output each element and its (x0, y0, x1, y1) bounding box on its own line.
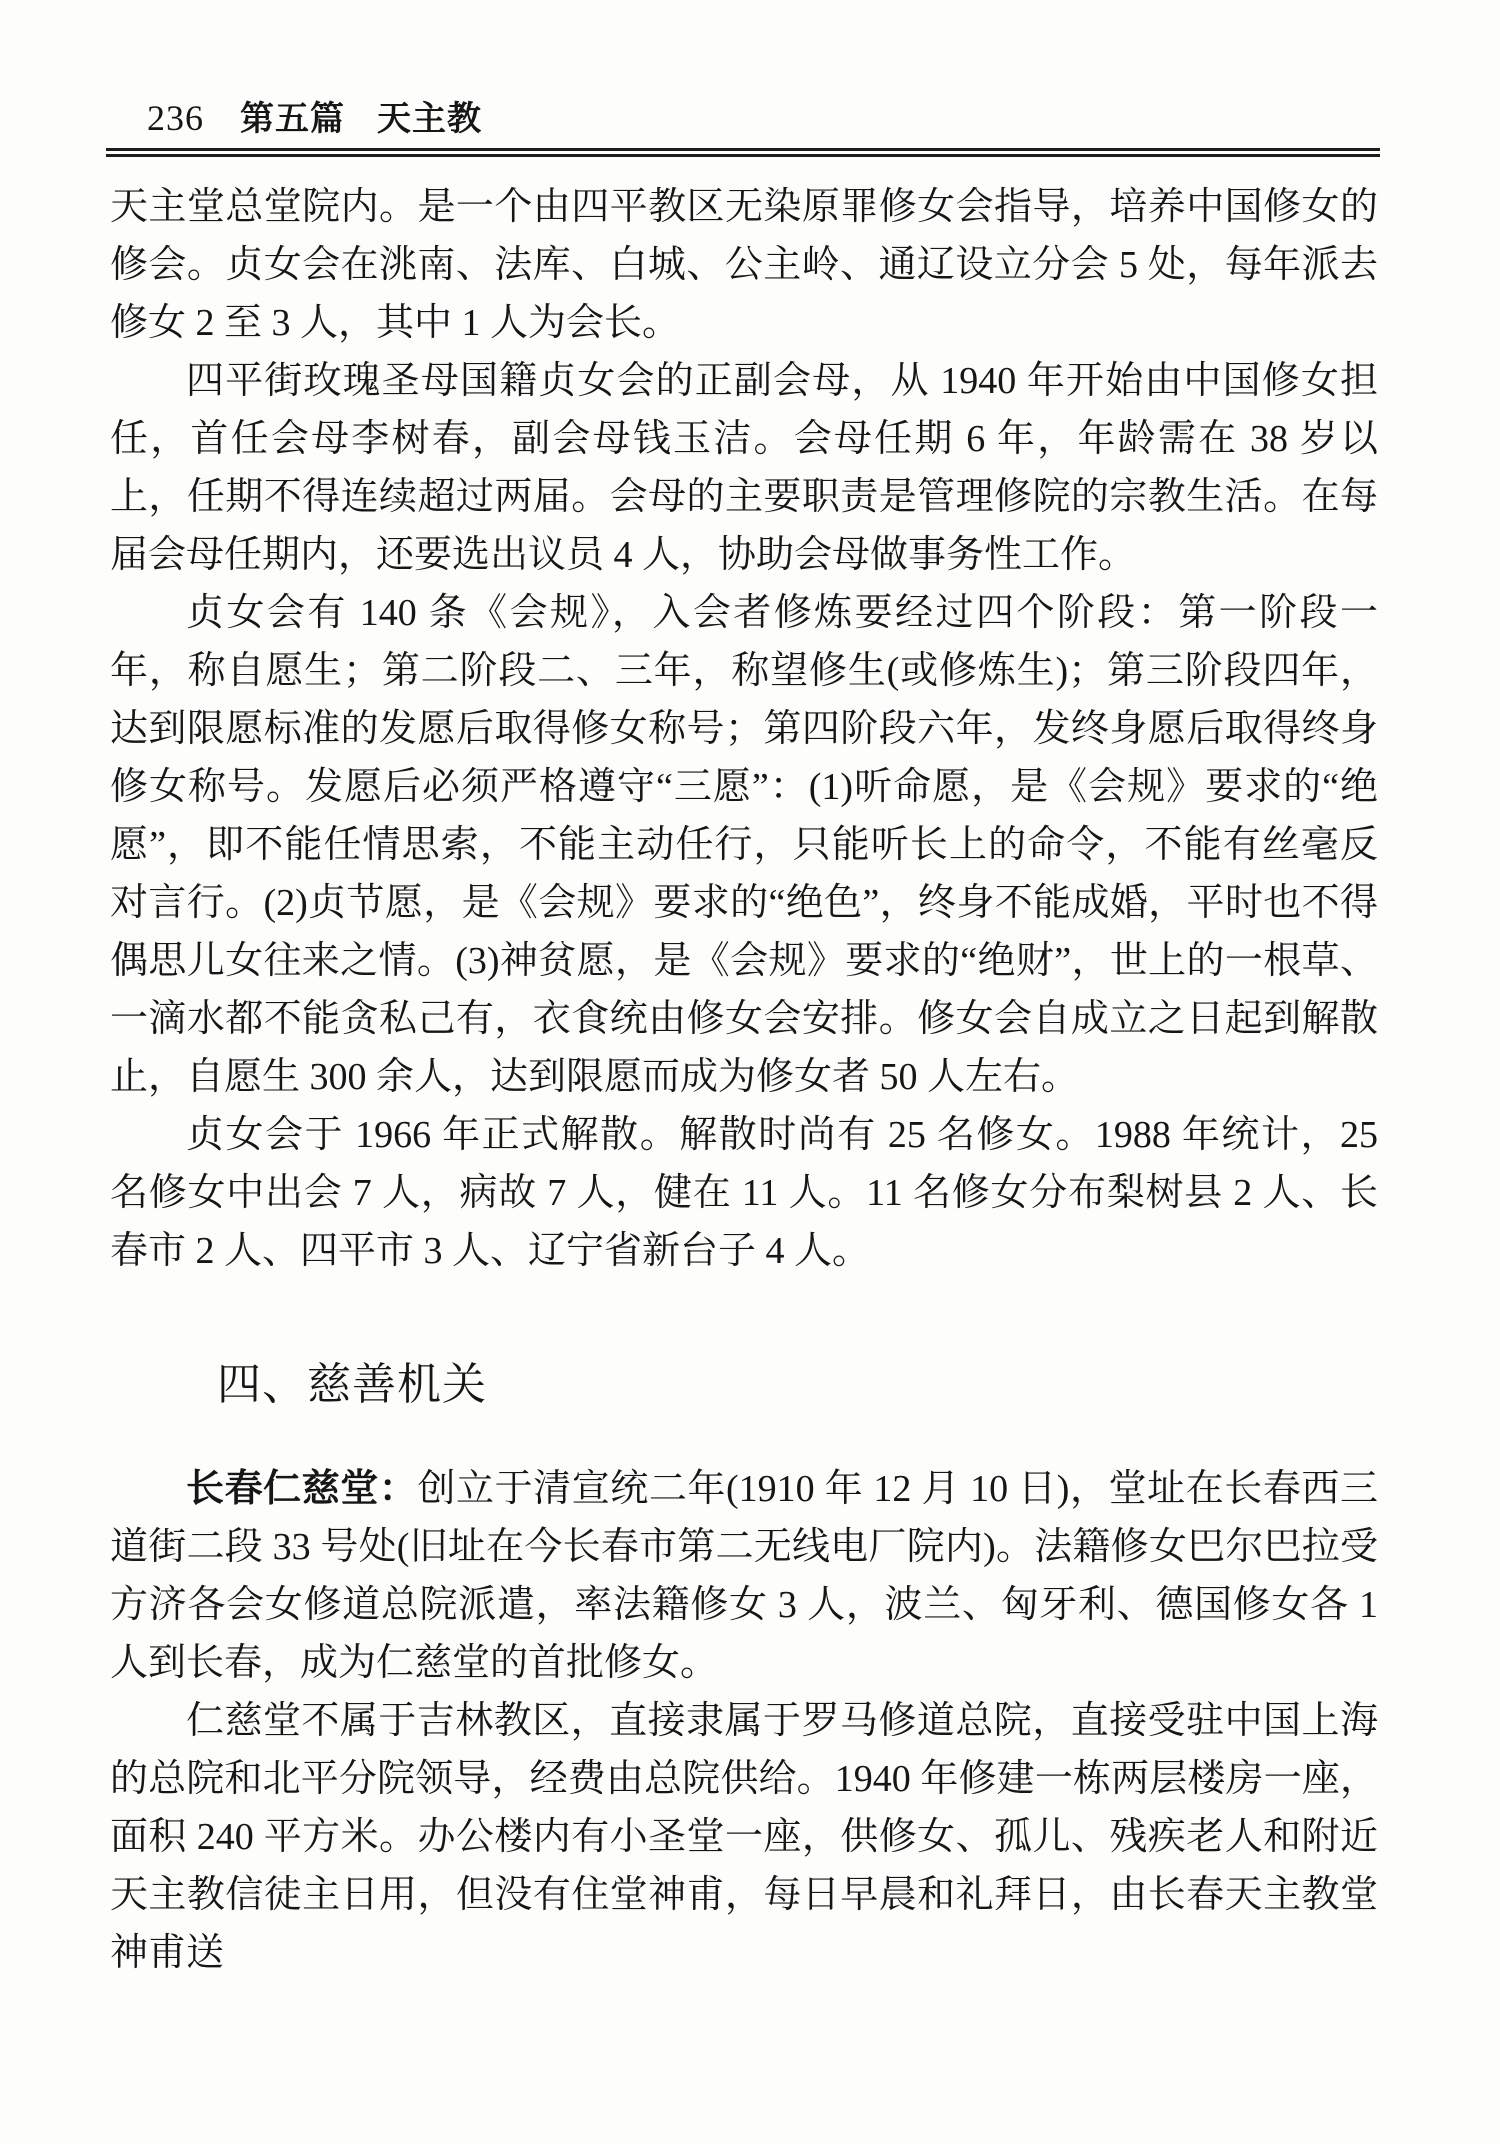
paragraph: 四平街玫瑰圣母国籍贞女会的正副会母，从 1940 年开始由中国修女担任，首任会母… (110, 352, 1378, 584)
paragraph: 长春仁慈堂：创立于清宣统二年(1910 年 12 月 10 日)，堂址在长春西三… (110, 1460, 1378, 1692)
header-double-rule (106, 148, 1380, 157)
paragraph: 贞女会有 140 条《会规》，入会者修炼要经过四个阶段：第一阶段一年，称自愿生；… (110, 584, 1378, 1106)
page-number: 236 (147, 98, 204, 138)
paragraph-bold-lead: 长春仁慈堂： (186, 1468, 417, 1510)
part-label: 第五篇 (240, 100, 345, 140)
chapter-title: 天主教 (377, 100, 482, 140)
paragraph: 天主堂总堂院内。是一个由四平教区无染原罪修女会指导，培养中国修女的修会。贞女会在… (110, 178, 1378, 352)
section-heading: 四、慈善机关 (217, 1355, 1378, 1415)
paragraph: 仁慈堂不属于吉林教区，直接隶属于罗马修道总院，直接受驻中国上海的总院和北平分院领… (110, 1692, 1378, 1982)
page-body: 天主堂总堂院内。是一个由四平教区无染原罪修女会指导，培养中国修女的修会。贞女会在… (110, 178, 1378, 1982)
paragraph: 贞女会于 1966 年正式解散。解散时尚有 25 名修女。1988 年统计，25… (110, 1106, 1378, 1280)
scanned-book-page: 236 第五篇 天主教 天主堂总堂院内。是一个由四平教区无染原罪修女会指导，培养… (0, 0, 1500, 2144)
paragraph-text: 仁慈堂不属于吉林教区，直接隶属于罗马修道总院，直接受驻中国上海的总院和北平分院领… (110, 1700, 1378, 1974)
